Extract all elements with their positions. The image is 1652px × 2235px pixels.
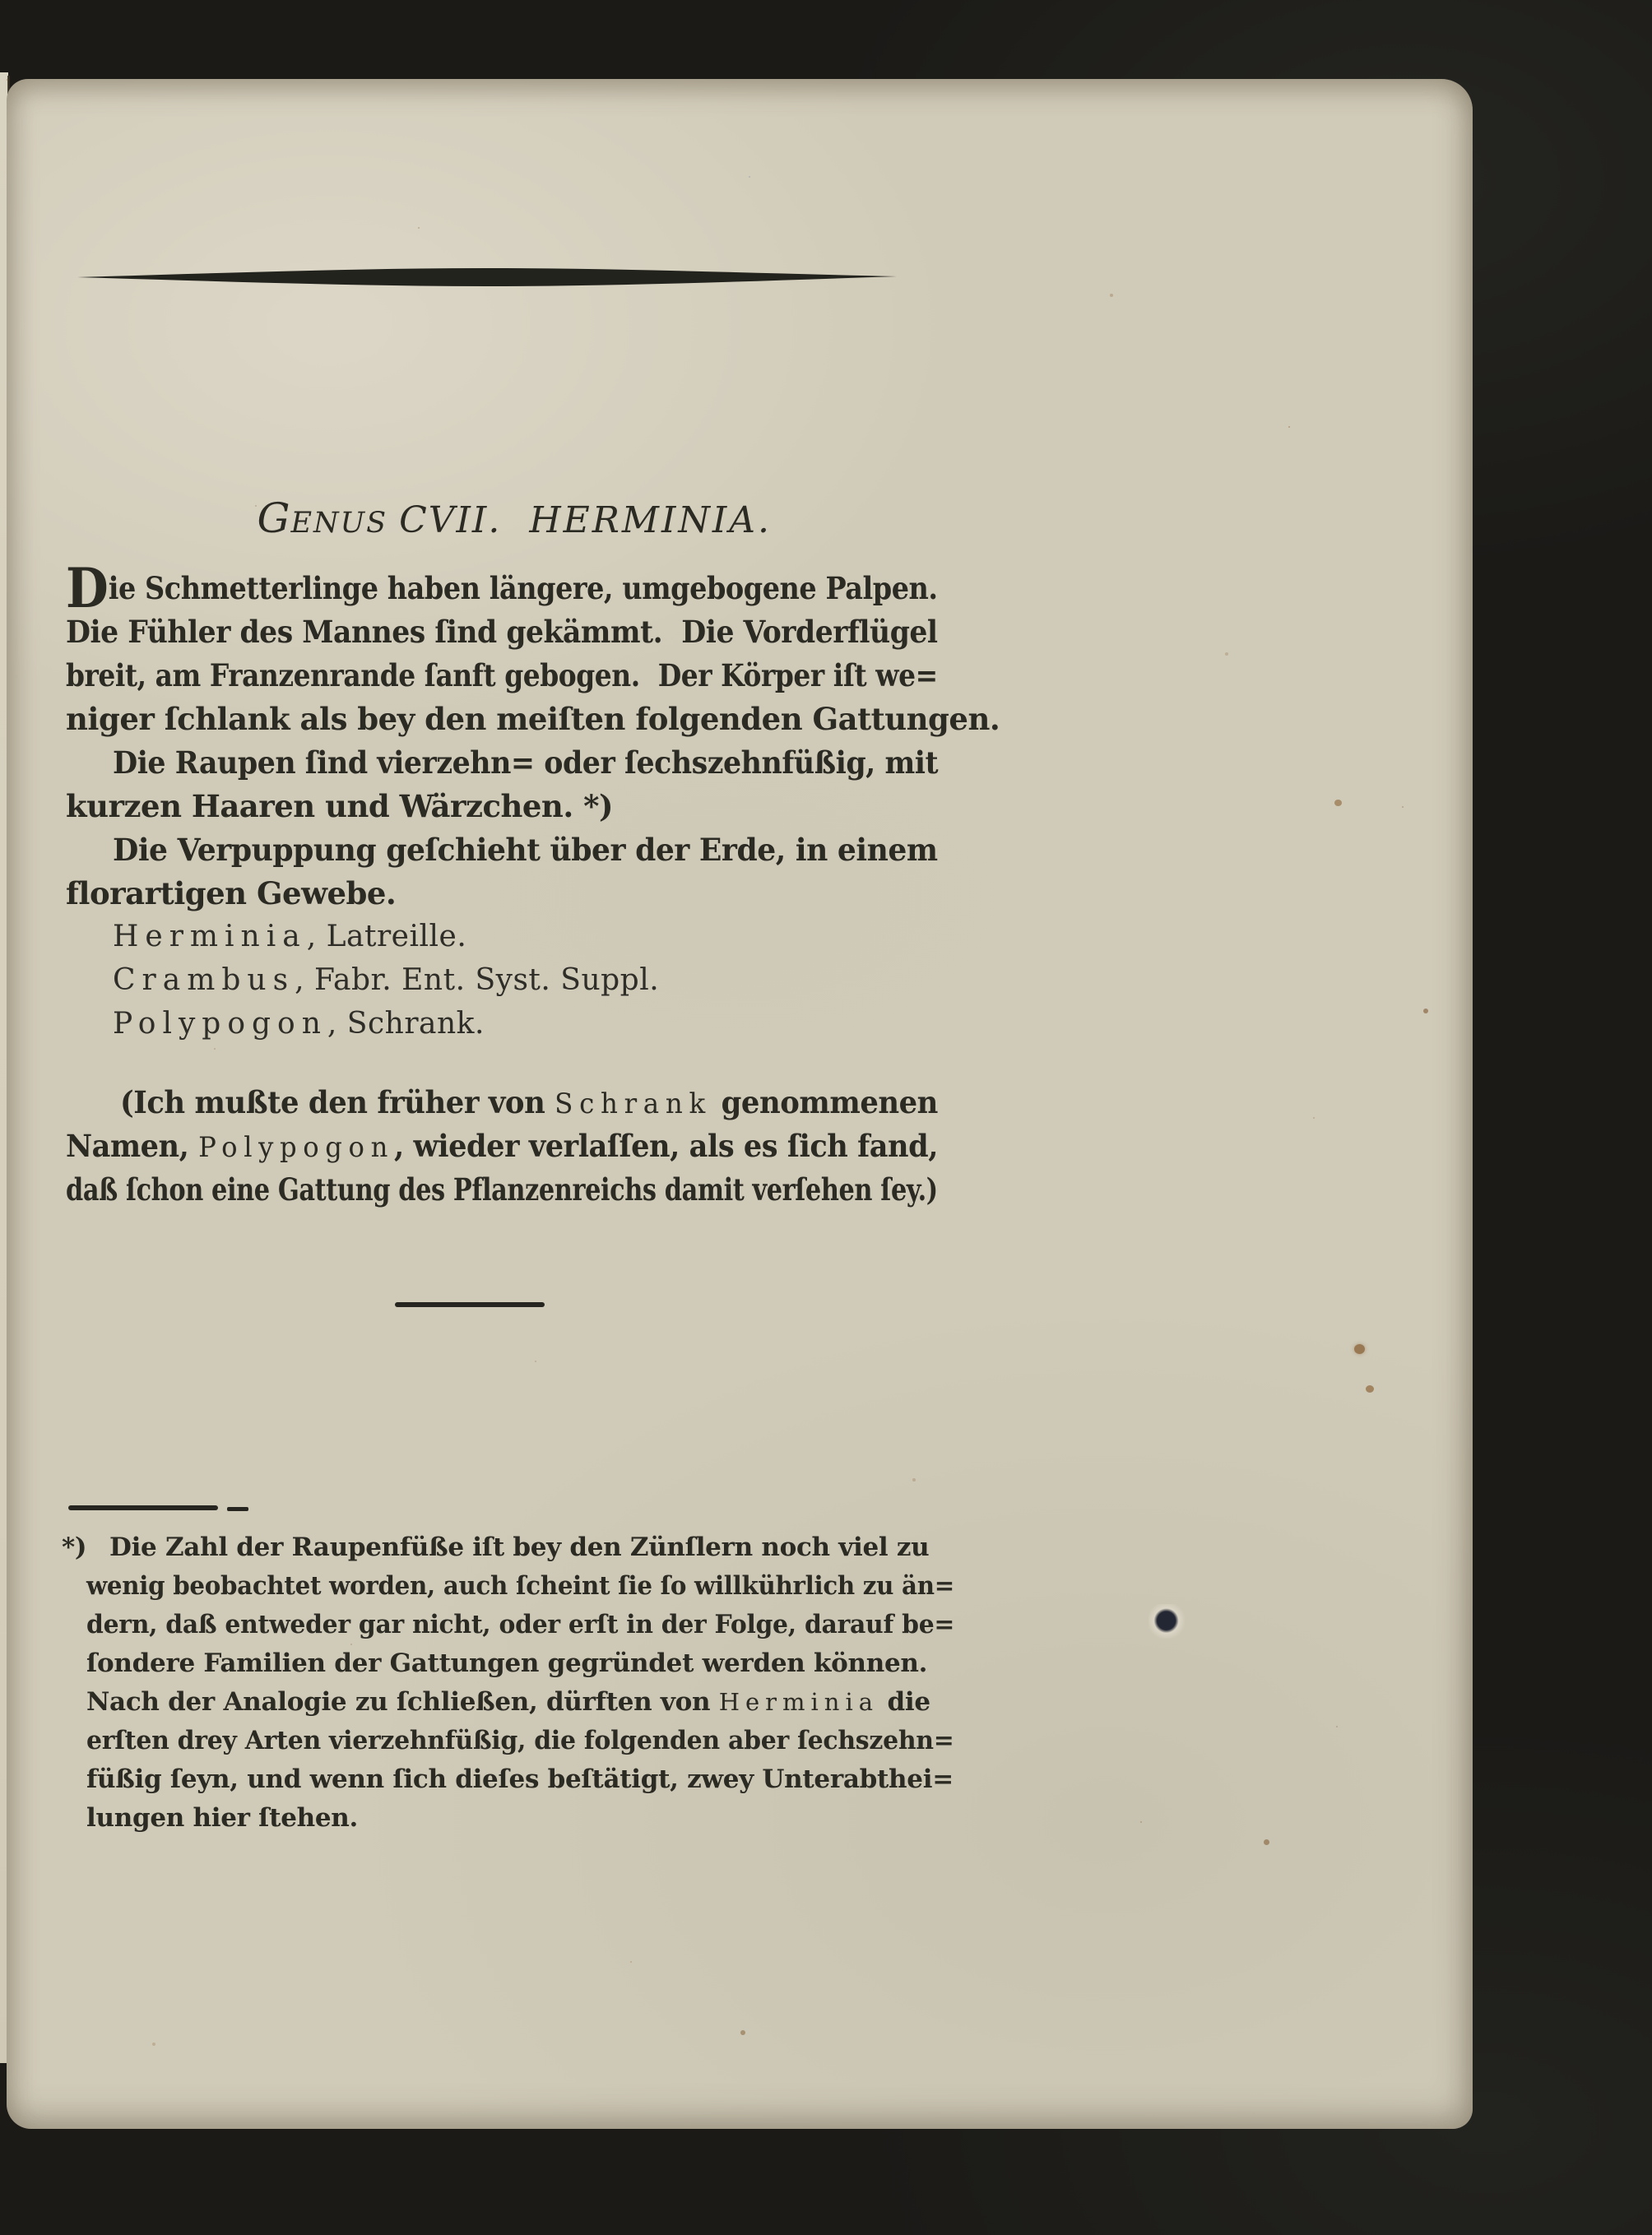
foxing-spot — [1354, 1344, 1365, 1354]
synonym-genus: Crambus — [113, 963, 295, 997]
footnote-separator-dash — [227, 1507, 248, 1511]
genus-name-inline: Polypogon — [198, 1131, 394, 1164]
footnote-marker: *) — [62, 1535, 109, 1560]
body-line: Die Fühler des Mannes ſind gekämmt. Die … — [66, 617, 880, 647]
footnote-line: füßig ſeyn, und wenn ſich dieſes beſtäti… — [86, 1767, 954, 1792]
body-line: Die Verpuppung geſchieht über der Erde, … — [113, 835, 918, 865]
drop-cap: D — [66, 556, 109, 620]
ink-blot-speck — [1149, 1604, 1186, 1639]
author-name: Schrank — [555, 1087, 712, 1120]
foxing-spot — [1334, 800, 1342, 806]
footnote-line: dern, daß entweder gar nicht, oder erſt … — [86, 1612, 922, 1638]
genus-number: CVII. — [399, 499, 501, 541]
genus-name: HERMINIA. — [529, 499, 772, 541]
footnote-line: ſondere Familien der Gattungen gegründet… — [86, 1651, 954, 1676]
footnote-line: erſten drey Arten vierzehnfüßig, die fol… — [86, 1728, 924, 1754]
genus-word-rest: ENUS — [290, 507, 387, 540]
book-page: GENUSCVII.HERMINIA. Die Schmetterlinge h… — [7, 79, 1473, 2129]
body-line: (Ich mußte den früher von Schrank genomm… — [120, 1087, 903, 1118]
synonym-genus: Herminia — [113, 920, 307, 953]
footnote-line: lungen hier ſtehen. — [86, 1806, 358, 1831]
footnote-text: Nach der Analogie zu ſchließen, dürften … — [86, 1687, 719, 1717]
foxing-spot — [1366, 1385, 1374, 1393]
body-line: Die Schmetterlinge haben längere, umgebo… — [66, 573, 855, 604]
footnote-separator-rule — [68, 1505, 218, 1510]
scan-background: GENUSCVII.HERMINIA. Die Schmetterlinge h… — [0, 0, 1652, 2235]
paper-fibers — [7, 79, 8, 81]
body-line: kurzen Haaren und Wärzchen. *) — [66, 791, 613, 822]
body-line: florartigen Gewebe. — [66, 879, 396, 909]
body-line-text: genommenen — [712, 1084, 938, 1120]
foxing-spot — [1264, 1839, 1269, 1845]
footnote-line: *)Die Zahl der Raupenfüße iſt bey den Zü… — [62, 1535, 954, 1560]
body-line: Die Raupen ſind vierzehn= oder ſechszehn… — [113, 748, 889, 778]
paragraph-divider-rule — [395, 1302, 545, 1307]
genus-name-inline: Herminia — [719, 1688, 879, 1716]
body-line: Namen, Polypogon, wieder verlaſſen, als … — [66, 1131, 894, 1162]
synonym-author: , Latreille. — [307, 920, 467, 953]
footnote-line: Nach der Analogie zu ſchließen, dürften … — [86, 1690, 954, 1715]
body-line-text: Namen, — [66, 1128, 198, 1164]
foxing-spot — [740, 2030, 745, 2035]
footnote-line: wenig beobachtet worden, auch ſcheint ſi… — [86, 1574, 906, 1599]
section-divider-rule — [76, 267, 898, 288]
synonym-genus: Polypogon — [113, 1007, 327, 1041]
body-line-text: ie Schmetterlinge haben längere, umgebog… — [109, 570, 938, 606]
foxing-spot — [1423, 1009, 1428, 1013]
footnote-text: die — [879, 1687, 930, 1717]
body-line: breit, am Franzenrande ſanft gebogen. De… — [66, 661, 841, 691]
synonym-author: , Fabr. Ent. Syst. Suppl. — [295, 963, 659, 997]
body-line: daß ſchon eine Gattung des Pflanzenreich… — [66, 1175, 782, 1205]
synonym-line: Herminia, Latreille. — [113, 922, 466, 952]
genus-word-initial: G — [258, 494, 291, 542]
synonym-author: , Schrank. — [327, 1007, 485, 1041]
body-line-text: (Ich mußte den früher von — [120, 1084, 555, 1120]
body-line-text: , wieder verlaſſen, als es ſich fand, — [394, 1128, 938, 1164]
genus-heading: GENUSCVII.HERMINIA. — [66, 479, 938, 558]
footnote-text: Die Zahl der Raupenfüße iſt bey den Zünſ… — [109, 1533, 929, 1562]
body-line: niger ſchlank als bey den meiſten folgen… — [66, 704, 1000, 735]
synonym-line: Crambus, Fabr. Ent. Syst. Suppl. — [113, 966, 659, 995]
synonym-line: Polypogon, Schrank. — [113, 1009, 485, 1039]
